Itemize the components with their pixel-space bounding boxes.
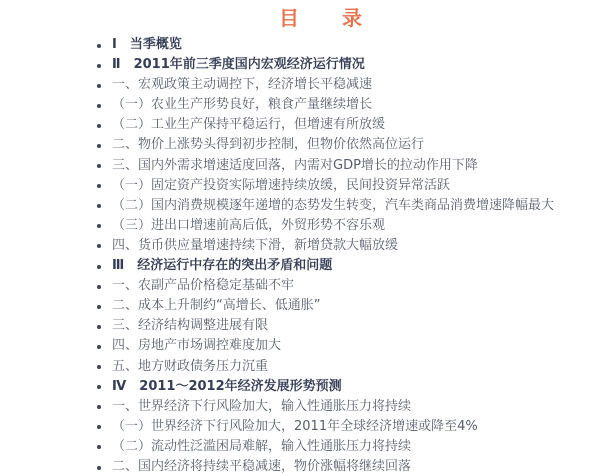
- bullet-icon: [97, 64, 101, 68]
- toc-item-text: 四、房地产市场调控难度加大: [112, 336, 281, 356]
- bullet-icon: [97, 44, 101, 48]
- bullet-icon: [97, 405, 101, 409]
- toc-item: 二、物价上涨势头得到初步控制，但物价依然高位运行: [97, 135, 604, 155]
- bullet-icon: [97, 325, 101, 329]
- bullet-icon: [97, 144, 101, 148]
- toc-list: Ⅰ 当季概览 Ⅱ 2011年前三季度国内宏观经济运行情况 一、宏观政策主动调控下…: [0, 35, 604, 473]
- toc-item-text: 五、地方财政债务压力沉重: [112, 357, 268, 377]
- toc-item: （二）流动性泛滥困局难解，输入性通胀压力将持续: [97, 437, 604, 457]
- toc-item: （三）进出口增速前高后低，外贸形势不容乐观: [97, 216, 604, 236]
- toc-item-section-4: Ⅳ 2011～2012年经济发展形势预测: [97, 377, 604, 397]
- toc-item: 三、国内外需求增速适度回落，内需对GDP增长的拉动作用下降: [97, 156, 604, 176]
- toc-item: 三、经济结构调整进展有限: [97, 316, 604, 336]
- toc-item: （一）固定资产投资实际增速持续放缓，民间投资异常活跃: [97, 176, 604, 196]
- toc-item-section-2: Ⅱ 2011年前三季度国内宏观经济运行情况: [97, 55, 604, 75]
- toc-item-text: Ⅱ 2011年前三季度国内宏观经济运行情况: [112, 55, 365, 75]
- toc-item-text: （一）固定资产投资实际增速持续放缓，民间投资异常活跃: [112, 176, 450, 196]
- toc-item: 四、货币供应量增速持续下滑，新增贷款大幅放缓: [97, 236, 604, 256]
- toc-item-text: Ⅲ 经济运行中存在的突出矛盾和问题: [112, 256, 332, 276]
- toc-item-text: 一、宏观政策主动调控下，经济增长平稳减速: [112, 75, 372, 95]
- toc-item: 一、世界经济下行风险加大，输入性通胀压力将持续: [97, 397, 604, 417]
- toc-page: 目 录 Ⅰ 当季概览 Ⅱ 2011年前三季度国内宏观经济运行情况 一、宏观政策主…: [0, 0, 604, 473]
- toc-item-text: （二）工业生产保持平稳运行，但增速有所放缓: [112, 115, 385, 135]
- toc-item-text: Ⅳ 2011～2012年经济发展形势预测: [112, 377, 342, 397]
- toc-item-text: 二、成本上升制约“高增长、低通胀”: [112, 296, 320, 316]
- bullet-icon: [97, 466, 101, 470]
- bullet-icon: [97, 124, 101, 128]
- bullet-icon: [97, 104, 101, 108]
- bullet-icon: [97, 445, 101, 449]
- bullet-icon: [97, 345, 101, 349]
- toc-item-text: 四、货币供应量增速持续下滑，新增贷款大幅放缓: [112, 236, 398, 256]
- toc-item: （一）农业生产形势良好，粮食产量继续增长: [97, 95, 604, 115]
- page-title: 目 录: [0, 0, 604, 28]
- toc-item: 四、房地产市场调控难度加大: [97, 336, 604, 356]
- bullet-icon: [97, 84, 101, 88]
- bullet-icon: [97, 305, 101, 309]
- toc-item-text: （二）流动性泛滥困局难解，输入性通胀压力将持续: [112, 437, 411, 457]
- bullet-icon: [97, 164, 101, 168]
- toc-item-section-1: Ⅰ 当季概览: [97, 35, 604, 55]
- toc-item-text: （一）世界经济下行风险加大，2011年全球经济增速或降至4%: [112, 417, 478, 437]
- toc-item-text: （二）国内消费规模逐年递增的态势发生转变，汽车类商品消费增速降幅最大: [112, 196, 554, 216]
- toc-item: 一、宏观政策主动调控下，经济增长平稳减速: [97, 75, 604, 95]
- bullet-icon: [97, 285, 101, 289]
- toc-item: 一、农副产品价格稳定基础不牢: [97, 276, 604, 296]
- toc-item-text: 二、国内经济将持续平稳减速，物价涨幅将继续回落: [112, 457, 411, 473]
- bullet-icon: [97, 365, 101, 369]
- toc-item: 五、地方财政债务压力沉重: [97, 357, 604, 377]
- toc-item-text: （一）农业生产形势良好，粮食产量继续增长: [112, 95, 372, 115]
- toc-item: （二）工业生产保持平稳运行，但增速有所放缓: [97, 115, 604, 135]
- toc-item-text: （三）进出口增速前高后低，外贸形势不容乐观: [112, 216, 385, 236]
- toc-item: （二）国内消费规模逐年递增的态势发生转变，汽车类商品消费增速降幅最大: [97, 196, 604, 216]
- bullet-icon: [97, 265, 101, 269]
- bullet-icon: [97, 204, 101, 208]
- toc-item-text: Ⅰ 当季概览: [112, 35, 182, 55]
- toc-item-text: 二、物价上涨势头得到初步控制，但物价依然高位运行: [112, 135, 424, 155]
- bullet-icon: [97, 184, 101, 188]
- toc-item: 二、国内经济将持续平稳减速，物价涨幅将继续回落: [97, 457, 604, 473]
- toc-item-text: 一、世界经济下行风险加大，输入性通胀压力将持续: [112, 397, 411, 417]
- bullet-icon: [97, 224, 101, 228]
- bullet-icon: [97, 425, 101, 429]
- bullet-icon: [97, 385, 101, 389]
- toc-item-text: 三、国内外需求增速适度回落，内需对GDP增长的拉动作用下降: [112, 156, 478, 176]
- toc-item: 二、成本上升制约“高增长、低通胀”: [97, 296, 604, 316]
- toc-item-text: 三、经济结构调整进展有限: [112, 316, 268, 336]
- toc-item-text: 一、农副产品价格稳定基础不牢: [112, 276, 294, 296]
- toc-item-section-3: Ⅲ 经济运行中存在的突出矛盾和问题: [97, 256, 604, 276]
- toc-item: （一）世界经济下行风险加大，2011年全球经济增速或降至4%: [97, 417, 604, 437]
- bullet-icon: [97, 244, 101, 248]
